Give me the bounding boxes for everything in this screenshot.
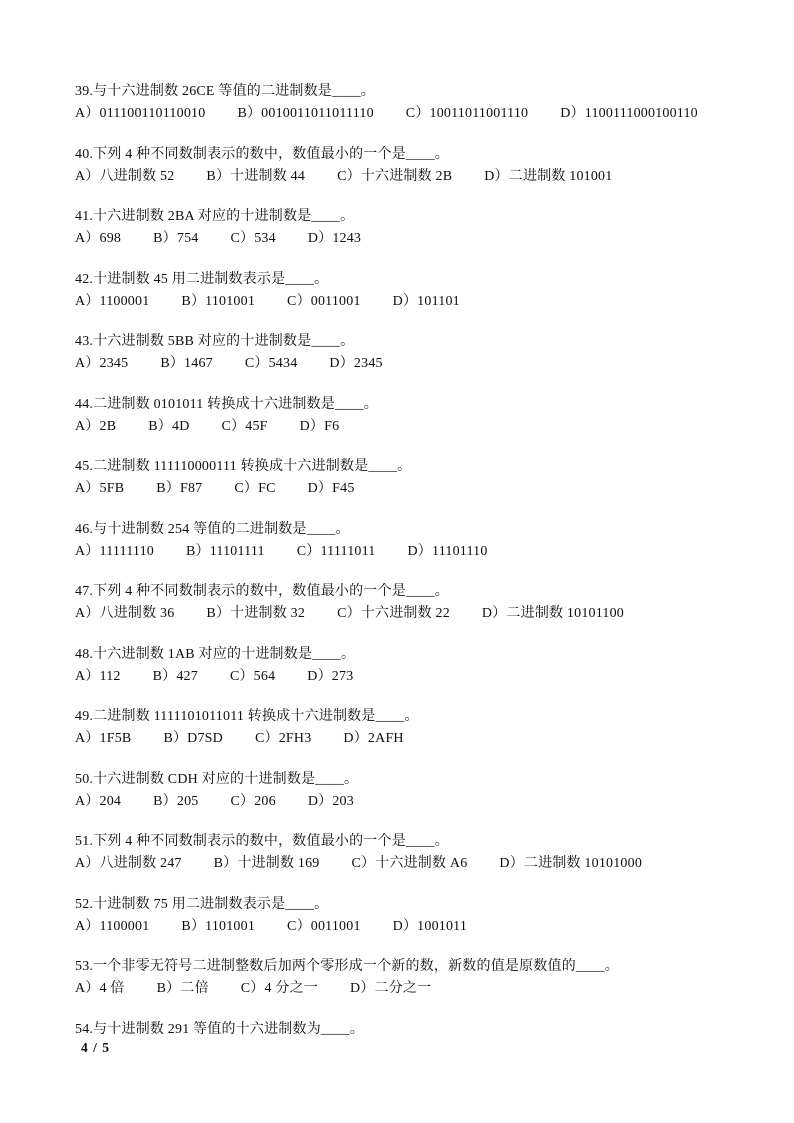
option-b: B）1467 xyxy=(160,353,213,375)
question-item: 49.二进制数 1111101011011 转换成十六进制数是____。A）1F… xyxy=(75,706,744,750)
option-d: D）二进制数 101001 xyxy=(484,166,612,188)
option-b: B）F87 xyxy=(156,478,202,500)
option-b: B）4D xyxy=(148,416,189,438)
option-d: D）1001011 xyxy=(393,916,467,938)
option-b: B）205 xyxy=(153,791,198,813)
option-d: D）11101110 xyxy=(408,541,488,563)
question-text: 48.十六进制数 1AB 对应的十进制数是____。 xyxy=(75,644,744,666)
question-text: 45.二进制数 111110000111 转换成十六进制数是____。 xyxy=(75,456,744,478)
option-d: D）二进制数 10101000 xyxy=(499,853,642,875)
question-item: 39.与十六进制数 26CE 等值的二进制数是____。A）0111001101… xyxy=(75,81,744,125)
option-c: C）十六进制数 2B xyxy=(337,166,452,188)
question-item: 50.十六进制数 CDH 对应的十进制数是____。A）204B）205C）20… xyxy=(75,769,744,813)
option-c: C）2FH3 xyxy=(255,728,311,750)
option-d: D）1243 xyxy=(308,228,361,250)
option-b: B）1101001 xyxy=(181,916,255,938)
option-c: C）十六进制数 22 xyxy=(337,603,450,625)
option-c: C）11111011 xyxy=(297,541,376,563)
option-d: D）1100111000100110 xyxy=(560,103,698,125)
option-a: A）5FB xyxy=(75,478,124,500)
option-a: A）八进制数 52 xyxy=(75,166,174,188)
option-c: C）0011001 xyxy=(287,291,361,313)
option-b: B）十进制数 32 xyxy=(206,603,305,625)
question-options: A）2BB）4DC）45FD）F6 xyxy=(75,416,744,438)
option-a: A）112 xyxy=(75,666,121,688)
option-b: B）0010011011011110 xyxy=(237,103,373,125)
option-b: B）二倍 xyxy=(157,978,209,1000)
question-options: A）011100110110010B）0010011011011110C）100… xyxy=(75,103,744,125)
option-d: D）273 xyxy=(307,666,353,688)
option-b: B）十进制数 44 xyxy=(206,166,305,188)
question-text: 41.十六进制数 2BA 对应的十进制数是____。 xyxy=(75,206,744,228)
option-c: C）564 xyxy=(230,666,275,688)
question-options: A）4 倍B）二倍C）4 分之一D）二分之一 xyxy=(75,978,744,1000)
option-c: C）FC xyxy=(234,478,275,500)
option-a: A）2B xyxy=(75,416,116,438)
option-a: A）1F5B xyxy=(75,728,131,750)
option-d: D）203 xyxy=(308,791,354,813)
question-item: 54.与十进制数 291 等值的十六进制数为____。 xyxy=(75,1019,744,1041)
option-a: A）698 xyxy=(75,228,121,250)
option-c: C）534 xyxy=(230,228,275,250)
option-c: C）206 xyxy=(230,791,275,813)
option-c: C）十六进制数 A6 xyxy=(351,853,467,875)
option-a: A）204 xyxy=(75,791,121,813)
question-item: 40.下列 4 种不同数制表示的数中，数值最小的一个是____。A）八进制数 5… xyxy=(75,144,744,188)
document-page: 39.与十六进制数 26CE 等值的二进制数是____。A）0111001101… xyxy=(0,0,794,1123)
question-text: 40.下列 4 种不同数制表示的数中，数值最小的一个是____。 xyxy=(75,144,744,166)
question-item: 44.二进制数 0101011 转换成十六进制数是____。A）2BB）4DC）… xyxy=(75,394,744,438)
question-text: 43.十六进制数 5BB 对应的十进制数是____。 xyxy=(75,331,744,353)
question-options: A）204B）205C）206D）203 xyxy=(75,791,744,813)
question-options: A）698B）754C）534D）1243 xyxy=(75,228,744,250)
option-a: A）八进制数 36 xyxy=(75,603,174,625)
question-text: 54.与十进制数 291 等值的十六进制数为____。 xyxy=(75,1019,744,1041)
question-text: 44.二进制数 0101011 转换成十六进制数是____。 xyxy=(75,394,744,416)
question-options: A）八进制数 247B）十进制数 169C）十六进制数 A6D）二进制数 101… xyxy=(75,853,744,875)
question-text: 42.十进制数 45 用二进制数表示是____。 xyxy=(75,269,744,291)
question-options: A）11111110B）11101111C）11111011D）11101110 xyxy=(75,541,744,563)
page-number: 4 / 5 xyxy=(81,1040,110,1056)
option-a: A）11111110 xyxy=(75,541,154,563)
question-text: 39.与十六进制数 26CE 等值的二进制数是____。 xyxy=(75,81,744,103)
question-item: 53.一个非零无符号二进制整数后加两个零形成一个新的数，新数的值是原数值的___… xyxy=(75,956,744,1000)
question-options: A）八进制数 52B）十进制数 44C）十六进制数 2BD）二进制数 10100… xyxy=(75,166,744,188)
option-a: A）1100001 xyxy=(75,916,149,938)
question-text: 53.一个非零无符号二进制整数后加两个零形成一个新的数，新数的值是原数值的___… xyxy=(75,956,744,978)
option-b: B）427 xyxy=(153,666,198,688)
question-text: 49.二进制数 1111101011011 转换成十六进制数是____。 xyxy=(75,706,744,728)
option-a: A）011100110110010 xyxy=(75,103,205,125)
question-text: 52.十进制数 75 用二进制数表示是____。 xyxy=(75,894,744,916)
question-item: 48.十六进制数 1AB 对应的十进制数是____。A）112B）427C）56… xyxy=(75,644,744,688)
option-c: C）5434 xyxy=(245,353,298,375)
option-b: B）754 xyxy=(153,228,198,250)
question-item: 43.十六进制数 5BB 对应的十进制数是____。A）2345B）1467C）… xyxy=(75,331,744,375)
question-text: 51.下列 4 种不同数制表示的数中，数值最小的一个是____。 xyxy=(75,831,744,853)
option-d: D）二进制数 10101100 xyxy=(482,603,624,625)
question-list: 39.与十六进制数 26CE 等值的二进制数是____。A）0111001101… xyxy=(75,81,744,1059)
question-item: 45.二进制数 111110000111 转换成十六进制数是____。A）5FB… xyxy=(75,456,744,500)
option-a: A）八进制数 247 xyxy=(75,853,182,875)
option-a: A）2345 xyxy=(75,353,128,375)
question-options: A）1100001B）1101001C）0011001D）101101 xyxy=(75,291,744,313)
question-text: 46.与十进制数 254 等值的二进制数是____。 xyxy=(75,519,744,541)
option-a: A）4 倍 xyxy=(75,978,125,1000)
option-d: D）2345 xyxy=(329,353,382,375)
question-text: 50.十六进制数 CDH 对应的十进制数是____。 xyxy=(75,769,744,791)
option-a: A）1100001 xyxy=(75,291,149,313)
question-options: A）1F5BB）D7SDC）2FH3D）2AFH xyxy=(75,728,744,750)
option-c: C）4 分之一 xyxy=(241,978,318,1000)
option-d: D）101101 xyxy=(393,291,460,313)
question-options: A）2345B）1467C）5434D）2345 xyxy=(75,353,744,375)
question-item: 42.十进制数 45 用二进制数表示是____。A）1100001B）11010… xyxy=(75,269,744,313)
question-text: 47.下列 4 种不同数制表示的数中，数值最小的一个是____。 xyxy=(75,581,744,603)
option-b: B）11101111 xyxy=(186,541,265,563)
question-item: 41.十六进制数 2BA 对应的十进制数是____。A）698B）754C）53… xyxy=(75,206,744,250)
option-c: C）0011001 xyxy=(287,916,361,938)
option-d: D）F45 xyxy=(308,478,355,500)
question-item: 52.十进制数 75 用二进制数表示是____。A）1100001B）11010… xyxy=(75,894,744,938)
question-options: A）112B）427C）564D）273 xyxy=(75,666,744,688)
option-b: B）十进制数 169 xyxy=(214,853,320,875)
question-item: 47.下列 4 种不同数制表示的数中，数值最小的一个是____。A）八进制数 3… xyxy=(75,581,744,625)
question-options: A）八进制数 36B）十进制数 32C）十六进制数 22D）二进制数 10101… xyxy=(75,603,744,625)
question-item: 51.下列 4 种不同数制表示的数中，数值最小的一个是____。A）八进制数 2… xyxy=(75,831,744,875)
option-d: D）2AFH xyxy=(343,728,403,750)
option-b: B）1101001 xyxy=(181,291,255,313)
option-b: B）D7SD xyxy=(163,728,223,750)
question-item: 46.与十进制数 254 等值的二进制数是____。A）11111110B）11… xyxy=(75,519,744,563)
option-c: C）10011011001110 xyxy=(406,103,528,125)
option-d: D）二分之一 xyxy=(350,978,431,1000)
option-d: D）F6 xyxy=(300,416,340,438)
option-c: C）45F xyxy=(222,416,268,438)
question-options: A）1100001B）1101001C）0011001D）1001011 xyxy=(75,916,744,938)
question-options: A）5FBB）F87C）FCD）F45 xyxy=(75,478,744,500)
